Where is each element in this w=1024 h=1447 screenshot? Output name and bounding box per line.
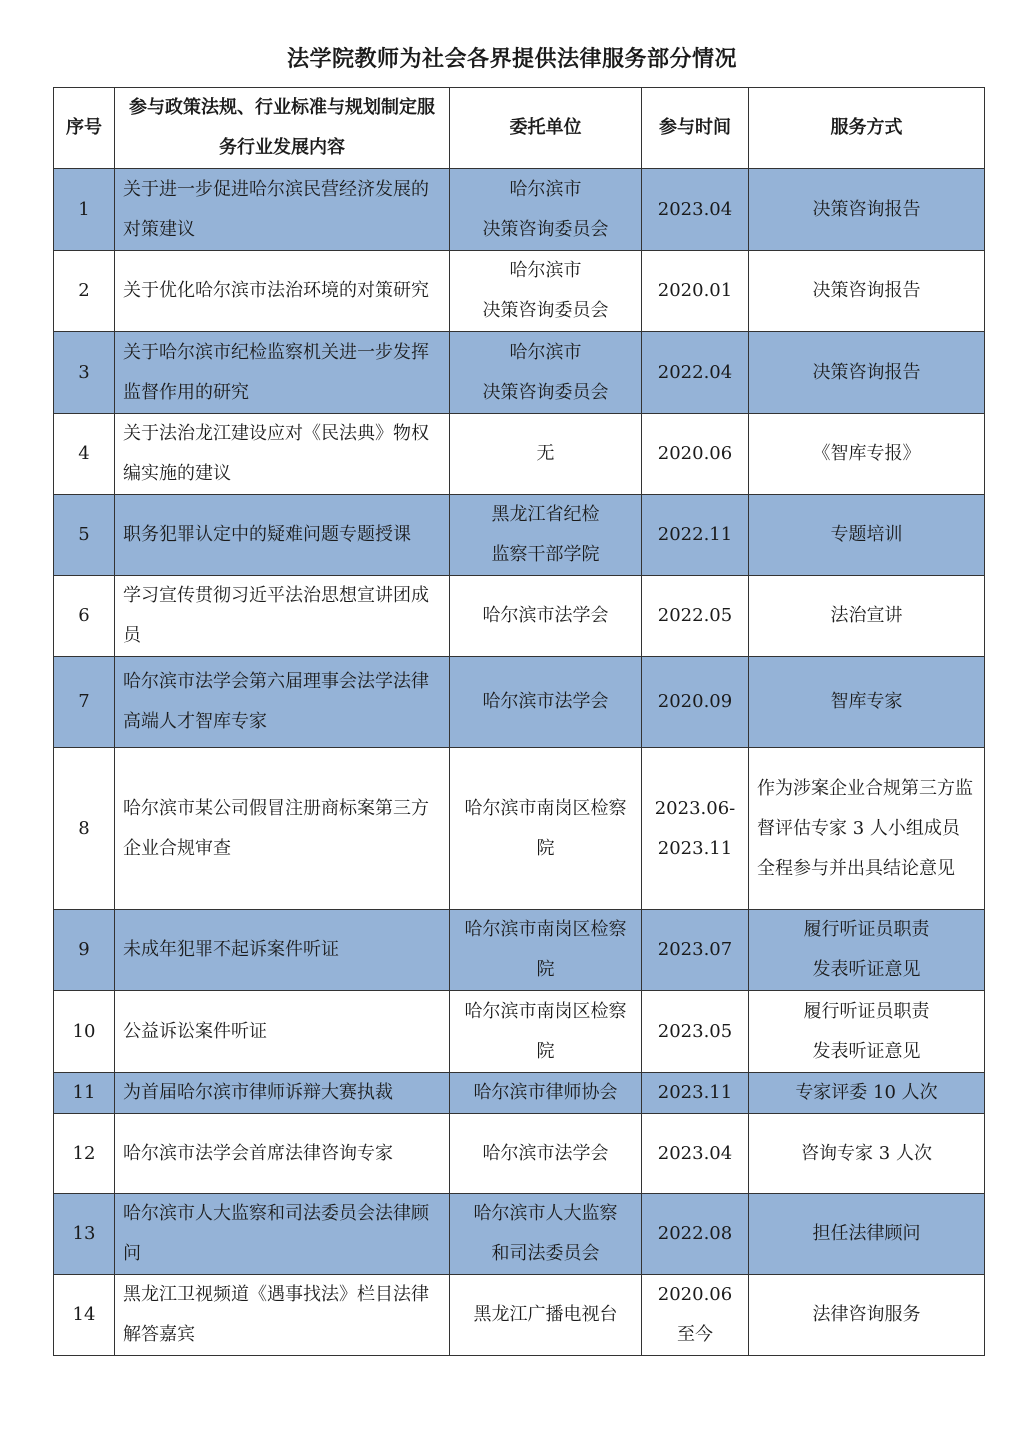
row-unit: 哈尔滨市南岗区检察院: [450, 748, 642, 910]
row-time: 2023.04: [642, 1114, 749, 1194]
row-time: 2023.11: [642, 1073, 749, 1114]
row-method: 《智库专报》: [749, 414, 985, 495]
table-row: 11为首届哈尔滨市律师诉辩大赛执裁哈尔滨市律师协会2023.11专家评委 10 …: [54, 1073, 985, 1114]
row-time: 2023.04: [642, 169, 749, 251]
table-row: 2关于优化哈尔滨市法治环境的对策研究哈尔滨市决策咨询委员会2020.01决策咨询…: [54, 251, 985, 332]
row-number: 6: [54, 576, 115, 657]
row-unit: 哈尔滨市决策咨询委员会: [450, 332, 642, 414]
row-content: 哈尔滨市某公司假冒注册商标案第三方企业合规审查: [115, 748, 450, 910]
row-content: 关于优化哈尔滨市法治环境的对策研究: [115, 251, 450, 332]
row-content: 哈尔滨市法学会首席法律咨询专家: [115, 1114, 450, 1194]
row-method: 决策咨询报告: [749, 332, 985, 414]
table-row: 1关于进一步促进哈尔滨民营经济发展的对策建议哈尔滨市决策咨询委员会2023.04…: [54, 169, 985, 251]
row-method: 咨询专家 3 人次: [749, 1114, 985, 1194]
table-body: 1关于进一步促进哈尔滨民营经济发展的对策建议哈尔滨市决策咨询委员会2023.04…: [54, 169, 985, 1356]
services-table: 序号 参与政策法规、行业标准与规划制定服务行业发展内容 委托单位 参与时间 服务…: [53, 87, 985, 1356]
table-row: 8哈尔滨市某公司假冒注册商标案第三方企业合规审查哈尔滨市南岗区检察院2023.0…: [54, 748, 985, 910]
row-content: 黑龙江卫视频道《遇事找法》栏目法律解答嘉宾: [115, 1275, 450, 1356]
row-method: 作为涉案企业合规第三方监督评估专家 3 人小组成员全程参与并出具结论意见: [749, 748, 985, 910]
row-unit: 哈尔滨市律师协会: [450, 1073, 642, 1114]
row-time: 2023.06-2023.11: [642, 748, 749, 910]
row-number: 5: [54, 495, 115, 576]
table-row: 9未成年犯罪不起诉案件听证哈尔滨市南岗区检察院2023.07履行听证员职责发表听…: [54, 910, 985, 991]
row-unit: 哈尔滨市决策咨询委员会: [450, 251, 642, 332]
row-number: 2: [54, 251, 115, 332]
table-row: 7哈尔滨市法学会第六届理事会法学法律高端人才智库专家哈尔滨市法学会2020.09…: [54, 657, 985, 748]
row-time: 2022.08: [642, 1194, 749, 1275]
header-content: 参与政策法规、行业标准与规划制定服务行业发展内容: [115, 88, 450, 169]
row-number: 8: [54, 748, 115, 910]
header-time: 参与时间: [642, 88, 749, 169]
row-content: 为首届哈尔滨市律师诉辩大赛执裁: [115, 1073, 450, 1114]
row-unit: 哈尔滨市南岗区检察院: [450, 910, 642, 991]
table-row: 14黑龙江卫视频道《遇事找法》栏目法律解答嘉宾黑龙江广播电视台2020.06至今…: [54, 1275, 985, 1356]
row-time: 2023.05: [642, 991, 749, 1073]
header-no: 序号: [54, 88, 115, 169]
row-unit: 无: [450, 414, 642, 495]
row-content: 公益诉讼案件听证: [115, 991, 450, 1073]
row-time: 2022.05: [642, 576, 749, 657]
row-unit: 哈尔滨市南岗区检察院: [450, 991, 642, 1073]
row-number: 4: [54, 414, 115, 495]
row-time: 2020.09: [642, 657, 749, 748]
row-unit: 哈尔滨市人大监察和司法委员会: [450, 1194, 642, 1275]
row-unit: 黑龙江省纪检监察干部学院: [450, 495, 642, 576]
row-content: 哈尔滨市人大监察和司法委员会法律顾问: [115, 1194, 450, 1275]
table-row: 5职务犯罪认定中的疑难问题专题授课黑龙江省纪检监察干部学院2022.11专题培训: [54, 495, 985, 576]
table-row: 10公益诉讼案件听证哈尔滨市南岗区检察院2023.05履行听证员职责发表听证意见: [54, 991, 985, 1073]
row-method: 决策咨询报告: [749, 169, 985, 251]
row-method: 决策咨询报告: [749, 251, 985, 332]
row-method: 法律咨询服务: [749, 1275, 985, 1356]
row-unit: 黑龙江广播电视台: [450, 1275, 642, 1356]
row-unit: 哈尔滨市法学会: [450, 576, 642, 657]
row-time: 2020.06: [642, 414, 749, 495]
table-row: 12哈尔滨市法学会首席法律咨询专家哈尔滨市法学会2023.04咨询专家 3 人次: [54, 1114, 985, 1194]
row-method: 履行听证员职责发表听证意见: [749, 991, 985, 1073]
row-number: 10: [54, 991, 115, 1073]
table-row: 6学习宣传贯彻习近平法治思想宣讲团成员哈尔滨市法学会2022.05法治宣讲: [54, 576, 985, 657]
table-row: 13哈尔滨市人大监察和司法委员会法律顾问哈尔滨市人大监察和司法委员会2022.0…: [54, 1194, 985, 1275]
row-method: 担任法律顾问: [749, 1194, 985, 1275]
row-method: 智库专家: [749, 657, 985, 748]
header-method: 服务方式: [749, 88, 985, 169]
row-number: 13: [54, 1194, 115, 1275]
row-number: 11: [54, 1073, 115, 1114]
row-unit: 哈尔滨市决策咨询委员会: [450, 169, 642, 251]
row-method: 专家评委 10 人次: [749, 1073, 985, 1114]
row-content: 关于哈尔滨市纪检监察机关进一步发挥监督作用的研究: [115, 332, 450, 414]
row-content: 关于进一步促进哈尔滨民营经济发展的对策建议: [115, 169, 450, 251]
row-time: 2020.06至今: [642, 1275, 749, 1356]
row-method: 专题培训: [749, 495, 985, 576]
table-row: 3关于哈尔滨市纪检监察机关进一步发挥监督作用的研究哈尔滨市决策咨询委员会2022…: [54, 332, 985, 414]
row-time: 2022.11: [642, 495, 749, 576]
row-time: 2022.04: [642, 332, 749, 414]
row-number: 14: [54, 1275, 115, 1356]
page-title: 法学院教师为社会各界提供法律服务部分情况: [0, 42, 1024, 73]
row-unit: 哈尔滨市法学会: [450, 657, 642, 748]
row-number: 1: [54, 169, 115, 251]
row-number: 9: [54, 910, 115, 991]
row-method: 履行听证员职责发表听证意见: [749, 910, 985, 991]
row-unit: 哈尔滨市法学会: [450, 1114, 642, 1194]
row-content: 未成年犯罪不起诉案件听证: [115, 910, 450, 991]
row-time: 2023.07: [642, 910, 749, 991]
header-unit: 委托单位: [450, 88, 642, 169]
row-method: 法治宣讲: [749, 576, 985, 657]
row-content: 学习宣传贯彻习近平法治思想宣讲团成员: [115, 576, 450, 657]
row-number: 7: [54, 657, 115, 748]
row-content: 关于法治龙江建设应对《民法典》物权编实施的建议: [115, 414, 450, 495]
row-number: 12: [54, 1114, 115, 1194]
row-content: 哈尔滨市法学会第六届理事会法学法律高端人才智库专家: [115, 657, 450, 748]
row-number: 3: [54, 332, 115, 414]
row-content: 职务犯罪认定中的疑难问题专题授课: [115, 495, 450, 576]
row-time: 2020.01: [642, 251, 749, 332]
table-row: 4关于法治龙江建设应对《民法典》物权编实施的建议无2020.06《智库专报》: [54, 414, 985, 495]
